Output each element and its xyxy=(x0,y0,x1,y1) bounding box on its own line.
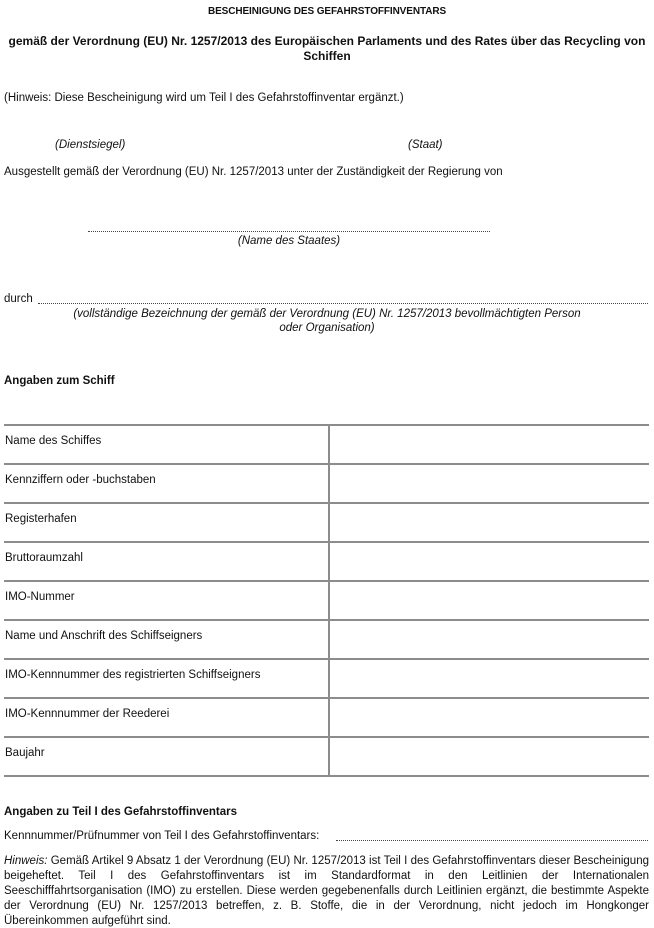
row-value-field[interactable] xyxy=(329,620,649,659)
row-value-field[interactable] xyxy=(329,464,649,503)
table-row: IMO-Kennnummer der Reederei xyxy=(4,698,649,737)
ship-details-table: Name des SchiffesKennziffern oder -buchs… xyxy=(4,424,649,777)
issued-text: Ausgestellt gemäß der Verordnung (EU) Nr… xyxy=(4,166,503,178)
seal-label: (Dienstsiegel) xyxy=(55,139,125,151)
row-label: Kennziffern oder -buchstaben xyxy=(4,464,329,503)
row-label: Name des Schiffes xyxy=(4,425,329,464)
table-row: IMO-Nummer xyxy=(4,581,649,620)
inventory-id-label: Kennnummer/Prüfnummer von Teil I des Gef… xyxy=(4,830,319,842)
inventory-id-field[interactable] xyxy=(336,840,648,841)
state-name-caption: (Name des Staates) xyxy=(88,235,490,247)
row-value-field[interactable] xyxy=(329,698,649,737)
by-label: durch xyxy=(4,293,33,305)
row-value-field[interactable] xyxy=(329,737,649,776)
table-row: Name des Schiffes xyxy=(4,425,649,464)
state-name-field[interactable] xyxy=(88,231,490,232)
table-row: Name und Anschrift des Schiffseigners xyxy=(4,620,649,659)
by-caption-line1: (vollständige Bezeichnung der gemäß der … xyxy=(0,308,654,320)
document-subtitle: gemäß der Verordnung (EU) Nr. 1257/2013 … xyxy=(4,34,650,64)
row-label: Baujahr xyxy=(4,737,329,776)
by-caption-line2: oder Organisation) xyxy=(0,322,654,334)
note-text: Gemäß Artikel 9 Absatz 1 der Verordnung … xyxy=(4,855,649,927)
row-value-field[interactable] xyxy=(329,503,649,542)
table-row: Registerhafen xyxy=(4,503,649,542)
row-label: IMO-Kennnummer des registrierten Schiffs… xyxy=(4,659,329,698)
row-value-field[interactable] xyxy=(329,581,649,620)
row-label: Bruttoraumzahl xyxy=(4,542,329,581)
row-label: IMO-Kennnummer der Reederei xyxy=(4,698,329,737)
inventory-section-heading: Angaben zu Teil I des Gefahrstoffinventa… xyxy=(4,806,237,818)
row-label: IMO-Nummer xyxy=(4,581,329,620)
intro-note: (Hinweis: Diese Bescheinigung wird um Te… xyxy=(4,92,404,104)
table-row: Bruttoraumzahl xyxy=(4,542,649,581)
table-row: Baujahr xyxy=(4,737,649,776)
row-value-field[interactable] xyxy=(329,659,649,698)
document-title: BESCHEINIGUNG DES GEFAHRSTOFFINVENTARS xyxy=(0,6,654,17)
inventory-note: Hinweis: Gemäß Artikel 9 Absatz 1 der Ve… xyxy=(4,854,649,928)
table-row: Kennziffern oder -buchstaben xyxy=(4,464,649,503)
row-label: Name und Anschrift des Schiffseigners xyxy=(4,620,329,659)
state-label: (Staat) xyxy=(408,139,443,151)
row-label: Registerhafen xyxy=(4,503,329,542)
ship-section-heading: Angaben zum Schiff xyxy=(4,375,115,387)
row-value-field[interactable] xyxy=(329,425,649,464)
table-row: IMO-Kennnummer des registrierten Schiffs… xyxy=(4,659,649,698)
authorized-party-field[interactable] xyxy=(38,303,648,304)
note-prefix: Hinweis: xyxy=(4,855,47,867)
row-value-field[interactable] xyxy=(329,542,649,581)
